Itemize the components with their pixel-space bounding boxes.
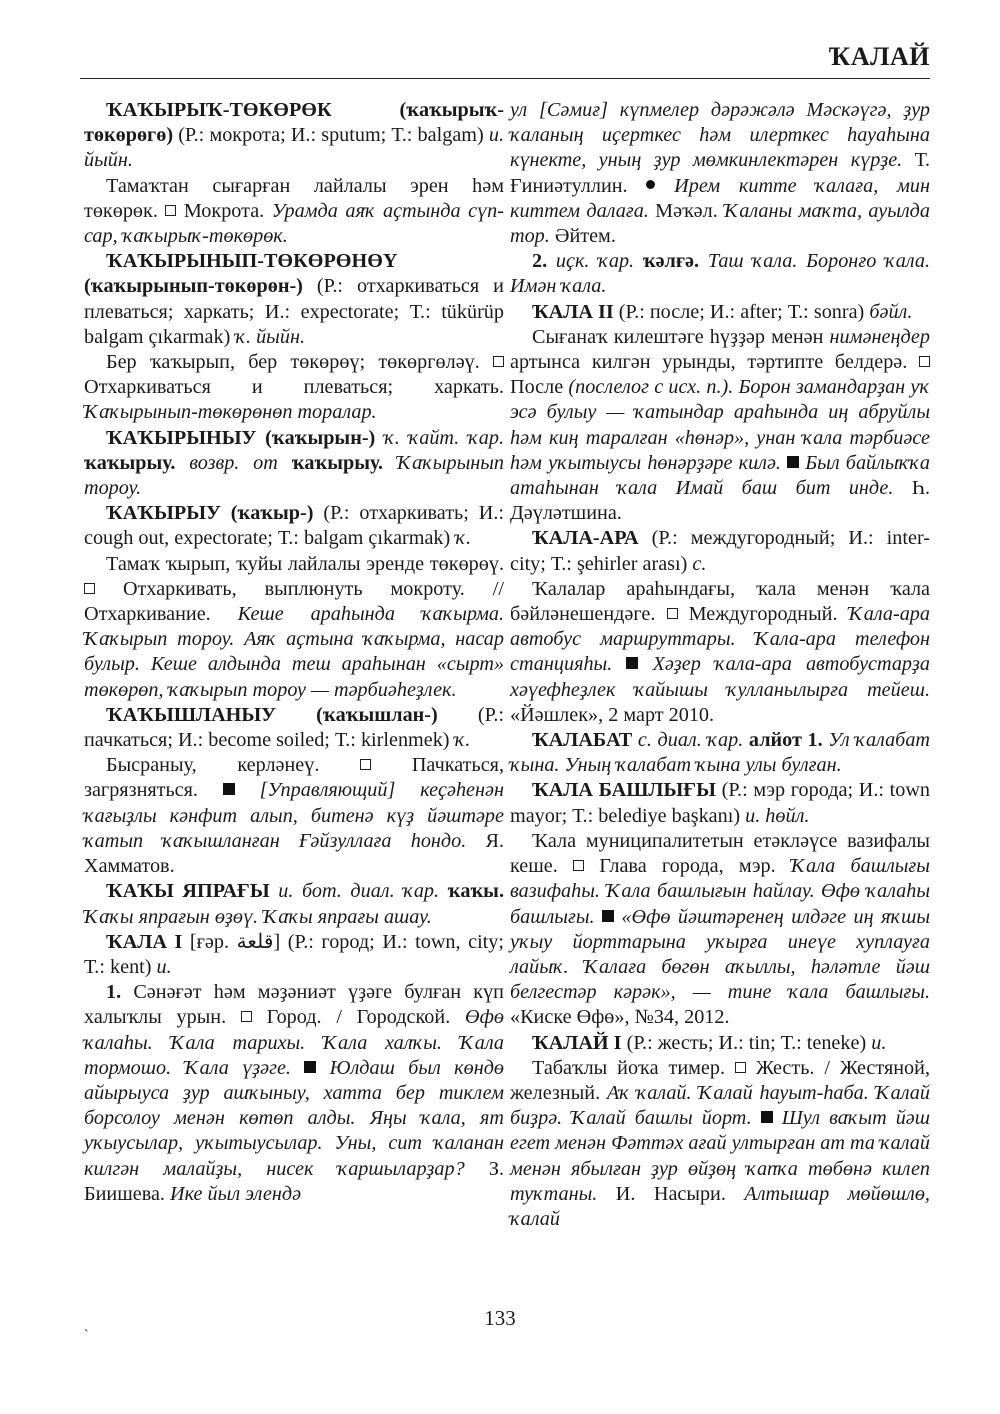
text: [235, 779, 260, 801]
bold-text: алйот 1.: [749, 729, 823, 751]
russian-translation-marker-icon: [241, 1011, 252, 1022]
bold-text: (ҡаҡыр-): [231, 502, 314, 524]
text: [595, 906, 602, 928]
bold-text: (ҡаҡырын-): [265, 427, 375, 449]
entry-text: Ҡала муниципалитетын етәкләүсе вазифалы …: [510, 829, 930, 1031]
headword: ҠАЛА-АРА: [532, 527, 639, 549]
headword: ҠАҠЫ ЯПРАҒЫ: [106, 880, 270, 902]
dictionary-entry: ҠАЛА I [ғәр. قلعة] (Р.: город; И.: town,…: [84, 930, 504, 980]
entry-text: 1. Сәнәғәт һәм мәҙәниәт үҙәге булған күп…: [84, 980, 504, 1207]
headword: ҠАҠЫРЫНЫУ: [106, 427, 256, 449]
text: Тамаҡ ҡырып, ҡуйы лайлалы эренде төкөрөү…: [106, 553, 504, 575]
entry-text: ул [Сәмиғ] күпмелер дәрәжәлә Мәскәүгә, ҙ…: [510, 98, 930, 249]
entry-text: 2. иҫк. ҡар. ҡәлғә. Таш ҡала. Боронғо ҡа…: [510, 249, 930, 299]
text: [699, 250, 708, 272]
example-marker-icon: [761, 1111, 773, 1123]
text: Мәҡәл.: [649, 200, 724, 222]
russian-translation-marker-icon: [360, 759, 371, 770]
bold-text: (ҡаҡышлан-): [316, 704, 438, 726]
bold-text: 1.: [106, 981, 121, 1003]
text: Бер ҡаҡырып, бер төкөрөү; төкөргөләү.: [106, 351, 493, 373]
italic-text: Ҡаҡырынып-төкөрөнөп торалар.: [84, 401, 377, 423]
text: [278, 452, 292, 474]
text: «Йәшлек», 2 март 2010.: [510, 704, 714, 726]
entry-text: Бер ҡаҡырып, бер төкөрөү; төкөргөләү. От…: [84, 350, 504, 426]
italic-text: бәйл.: [869, 301, 912, 323]
text: [638, 653, 652, 675]
dictionary-entry: ҠАҠЫ ЯПРАҒЫ и. бот. диал. ҡар. ҡаҡы. Ҡаҡ…: [84, 879, 504, 929]
text: Город. / Городской.: [252, 1006, 465, 1028]
headword: ҠАЛА II: [532, 301, 614, 323]
bold-text: ҡаҡы.: [448, 880, 504, 902]
headword: ҠАҠЫШЛАНЫУ: [106, 704, 276, 726]
text: [221, 502, 231, 524]
text: [547, 250, 556, 272]
dictionary-entry: ҠАҠЫРЫНЫУ (ҡаҡырын-) ҡ. ҡайт. ҡар. ҡаҡыр…: [84, 426, 504, 502]
russian-translation-marker-icon: [919, 356, 930, 367]
entry-text: Тамаҡ ҡырып, ҡуйы лайлалы эренде төкөрөү…: [84, 552, 504, 703]
text: [375, 427, 384, 449]
dictionary-entry: ҠАЛА II (Р.: после; И.: after; Т.: sonra…: [510, 300, 930, 325]
italic-text: и.: [871, 1032, 886, 1054]
text: [752, 1107, 761, 1129]
text: И. Насыри.: [597, 1183, 744, 1205]
headword: ҠАЛА БАШЛЫҒЫ: [532, 779, 716, 801]
entry-text: Табаҡлы йоҡа тимер. Жесть. / Жестяной, ж…: [510, 1056, 930, 1232]
running-head-title: ҠАЛАЙ: [829, 42, 930, 72]
entry-text: Ҡалалар араһындағы, ҡала менән ҡала бәйл…: [510, 577, 930, 728]
bold-text: 2.: [532, 250, 547, 272]
italic-text: Ике йыл элендә: [170, 1183, 301, 1205]
right-column: ул [Сәмиғ] күпмелер дәрәжәлә Мәскәүгә, ҙ…: [510, 98, 930, 1232]
page-number: 133: [0, 1306, 1000, 1331]
text: (Р.: жесть; И.: tin; Т.: teneke): [622, 1032, 872, 1054]
italic-text: ҡ. ҡайт. ҡар.: [384, 427, 504, 449]
bold-text: (ҡаҡырынып-төкөрөн-): [84, 275, 303, 297]
text: Междугородный.: [678, 603, 849, 625]
italic-text: ҡ.: [455, 729, 471, 751]
dictionary-entry: ҠАЛАБАТ с. диал. ҡар. алйот 1. Ул ҡалаба…: [510, 728, 930, 778]
example-marker-icon: [304, 1061, 316, 1073]
example-marker-icon: [602, 910, 614, 922]
text: артынса килгән урынды, тәртипте белдерә.: [510, 351, 919, 373]
entry-text: Сығанаҡ килештәге һүҙҙәр менән нимәнеңде…: [510, 325, 930, 527]
headword: ҠАҠЫРЫУ: [106, 502, 221, 524]
text: (Р.: после; И.: after; Т.: sonra): [614, 301, 870, 323]
text: [383, 452, 397, 474]
entry-text: Тамаҡтан сығарған лайлалы эрен һәм төкөр…: [84, 174, 504, 250]
headword: ҠАҠЫРЫҠ-ТӨКӨРӨК: [106, 99, 332, 121]
text: [773, 1107, 782, 1129]
running-head: ҠАЛАЙ: [80, 38, 930, 79]
italic-text: и. һөйл.: [745, 805, 809, 827]
russian-translation-marker-icon: [493, 356, 504, 367]
dictionary-entry: ҠАҠЫРЫҠ-ТӨКӨРӨК (ҡаҡырыҡ-төкөрөгө) (Р.: …: [84, 98, 504, 174]
dictionary-entry: ҠАҠЫРЫНЫП-ТӨКӨРӨНӨҮ (ҡаҡырынып-төкөрөн-)…: [84, 249, 504, 350]
italic-text: с.: [692, 553, 706, 575]
italic-text: ҡ. йыйн.: [235, 326, 305, 348]
italic-text: ҡ.: [455, 527, 471, 549]
text: [175, 452, 189, 474]
headword: ҠАҠЫРЫНЫП-ТӨКӨРӨНӨҮ: [106, 250, 398, 272]
italic-text: и. бот. диал. ҡар.: [278, 880, 439, 902]
headword: ҠАЛАБАТ: [532, 729, 632, 751]
entry-text: Бысраныу, керләнеү. Пачкаться, загрязнят…: [84, 753, 504, 879]
scan-mark: `: [84, 1328, 89, 1344]
text: [439, 880, 448, 902]
text: Мокрота.: [176, 200, 271, 222]
text: [291, 1057, 304, 1079]
text: [612, 653, 626, 675]
russian-translation-marker-icon: [84, 583, 95, 594]
bold-text: ҡаҡырыу.: [84, 452, 175, 474]
text: После: [510, 376, 568, 398]
text: [655, 175, 674, 197]
dictionary-entry: ҠАЛА-АРА (Р.: междугородный; И.: inter-c…: [510, 526, 930, 576]
dictionary-entry: ҠАҠЫРЫУ (ҡаҡыр-) (Р.: отхаркивать; И.: c…: [84, 501, 504, 551]
text: [332, 99, 400, 121]
headword: ҠАЛАЙ I: [532, 1032, 622, 1054]
example-marker-icon: [626, 657, 638, 669]
italic-text: и.: [157, 956, 172, 978]
russian-translation-marker-icon: [573, 860, 584, 871]
text: Сығанаҡ килештәге һүҙҙәр менән: [532, 326, 830, 348]
text: (Р.: мокрота; И.: sputum; Т.: balgam): [173, 124, 489, 146]
russian-translation-marker-icon: [667, 608, 678, 619]
text: Отхаркиваться и плеваться; харкать.: [84, 376, 504, 398]
text: Бысраныу, керләнеү.: [106, 754, 360, 776]
example-marker-icon: [787, 456, 799, 468]
italic-text: иҫк. ҡар.: [556, 250, 634, 272]
text: Әйтем.: [550, 225, 616, 247]
italic-text: возвр. от: [189, 452, 278, 474]
italic-text: ул [Сәмиғ] күпмелер дәрәжәлә Мәскәүгә, ҙ…: [510, 99, 930, 171]
russian-translation-marker-icon: [735, 1062, 746, 1073]
text: [316, 1057, 329, 1079]
text: [270, 880, 279, 902]
left-column: ҠАҠЫРЫҠ-ТӨКӨРӨК (ҡаҡырыҡ-төкөрөгө) (Р.: …: [84, 98, 504, 1207]
example-marker-icon: [223, 783, 235, 795]
text: [634, 250, 643, 272]
italic-text: с. диал. ҡар.: [638, 729, 743, 751]
headword: ҠАЛА I: [106, 931, 182, 953]
text: [276, 704, 316, 726]
italic-text: нимәнеңдер: [830, 326, 930, 348]
text: Табаҡлы йоҡа тимер.: [532, 1057, 735, 1079]
russian-translation-marker-icon: [165, 205, 176, 216]
text: Глава города, мэр.: [584, 855, 791, 877]
bold-text: ҡаҡырыу.: [292, 452, 383, 474]
italic-text: Ҡаҡы япрағын өҙөү. Ҡаҡы япрағы ашау.: [84, 906, 432, 928]
dictionary-entry: ҠАҠЫШЛАНЫУ (ҡаҡышлан-) (Р.: пачкаться; И…: [84, 703, 504, 753]
text: «Киске Өфө», №34, 2012.: [510, 1006, 730, 1028]
dictionary-entry: ҠАЛА БАШЛЫҒЫ (Р.: мэр города; И.: town m…: [510, 778, 930, 828]
dictionary-entry: ҠАЛАЙ I (Р.: жесть; И.: tin; Т.: teneke)…: [510, 1031, 930, 1056]
text: [256, 427, 265, 449]
bold-text: ҡәлғә.: [643, 250, 699, 272]
